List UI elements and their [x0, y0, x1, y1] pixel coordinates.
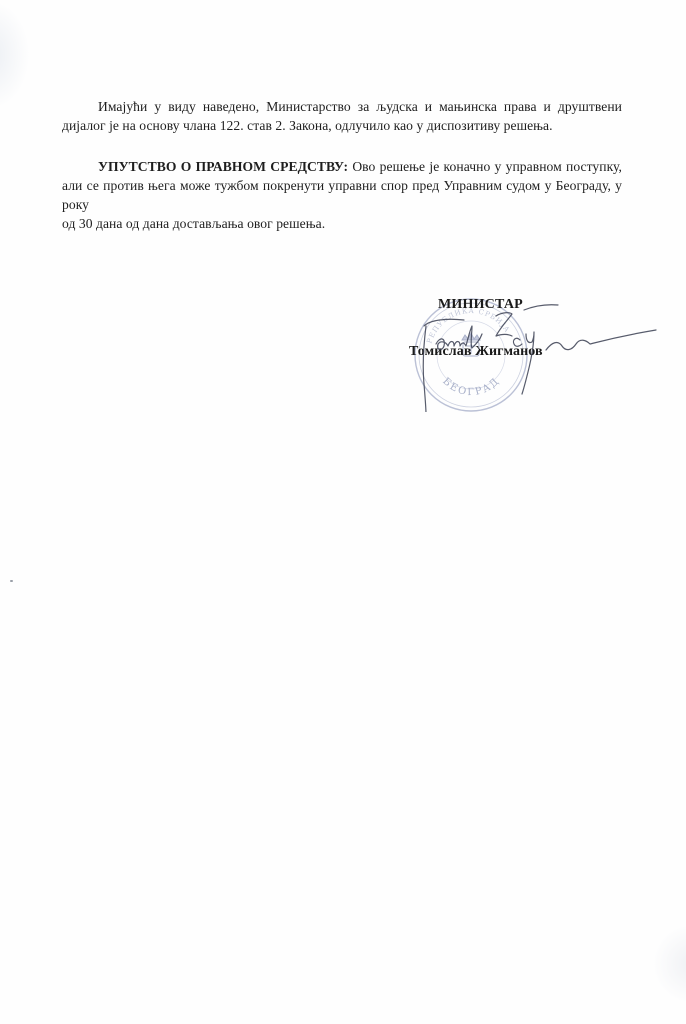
scan-smudge [652, 924, 686, 1004]
legal-remedy-heading: УПУТСТВО О ПРАВНОМ СРЕДСТВУ: [98, 159, 348, 174]
conclusion-paragraph: Имајући у виду наведено, Министарство за… [62, 97, 622, 135]
paragraph-line: али се против њега може тужбом покренути… [62, 176, 622, 214]
paragraph-line: од 30 дана од дана достављања овог решењ… [62, 214, 622, 233]
legal-remedy-paragraph: УПУТСТВО О ПРАВНОМ СРЕДСТВУ: Ово решење … [62, 157, 622, 233]
signatory-title: МИНИСТАР [438, 297, 523, 313]
signature-block: БЕОГРАД РЕПУБЛИКА СРБИЈА МИНИСТАР Томисл… [396, 282, 676, 412]
paragraph-line: Имајући у виду наведено, Министарство за… [62, 97, 622, 116]
svg-text:БЕОГРАД: БЕОГРАД [440, 375, 502, 398]
paragraph-text: Ово решење је коначно у управном поступк… [352, 159, 622, 174]
paragraph-line: УПУТСТВО О ПРАВНОМ СРЕДСТВУ: Ово решење … [62, 157, 622, 176]
scan-speck [10, 580, 13, 582]
signatory-name: Томислав Жигманов [409, 344, 543, 360]
paragraph-line: дијалог је на основу члана 122. став 2. … [62, 116, 622, 135]
scan-smudge [0, 0, 30, 110]
document-page: Имајући у виду наведено, Министарство за… [0, 0, 686, 1024]
